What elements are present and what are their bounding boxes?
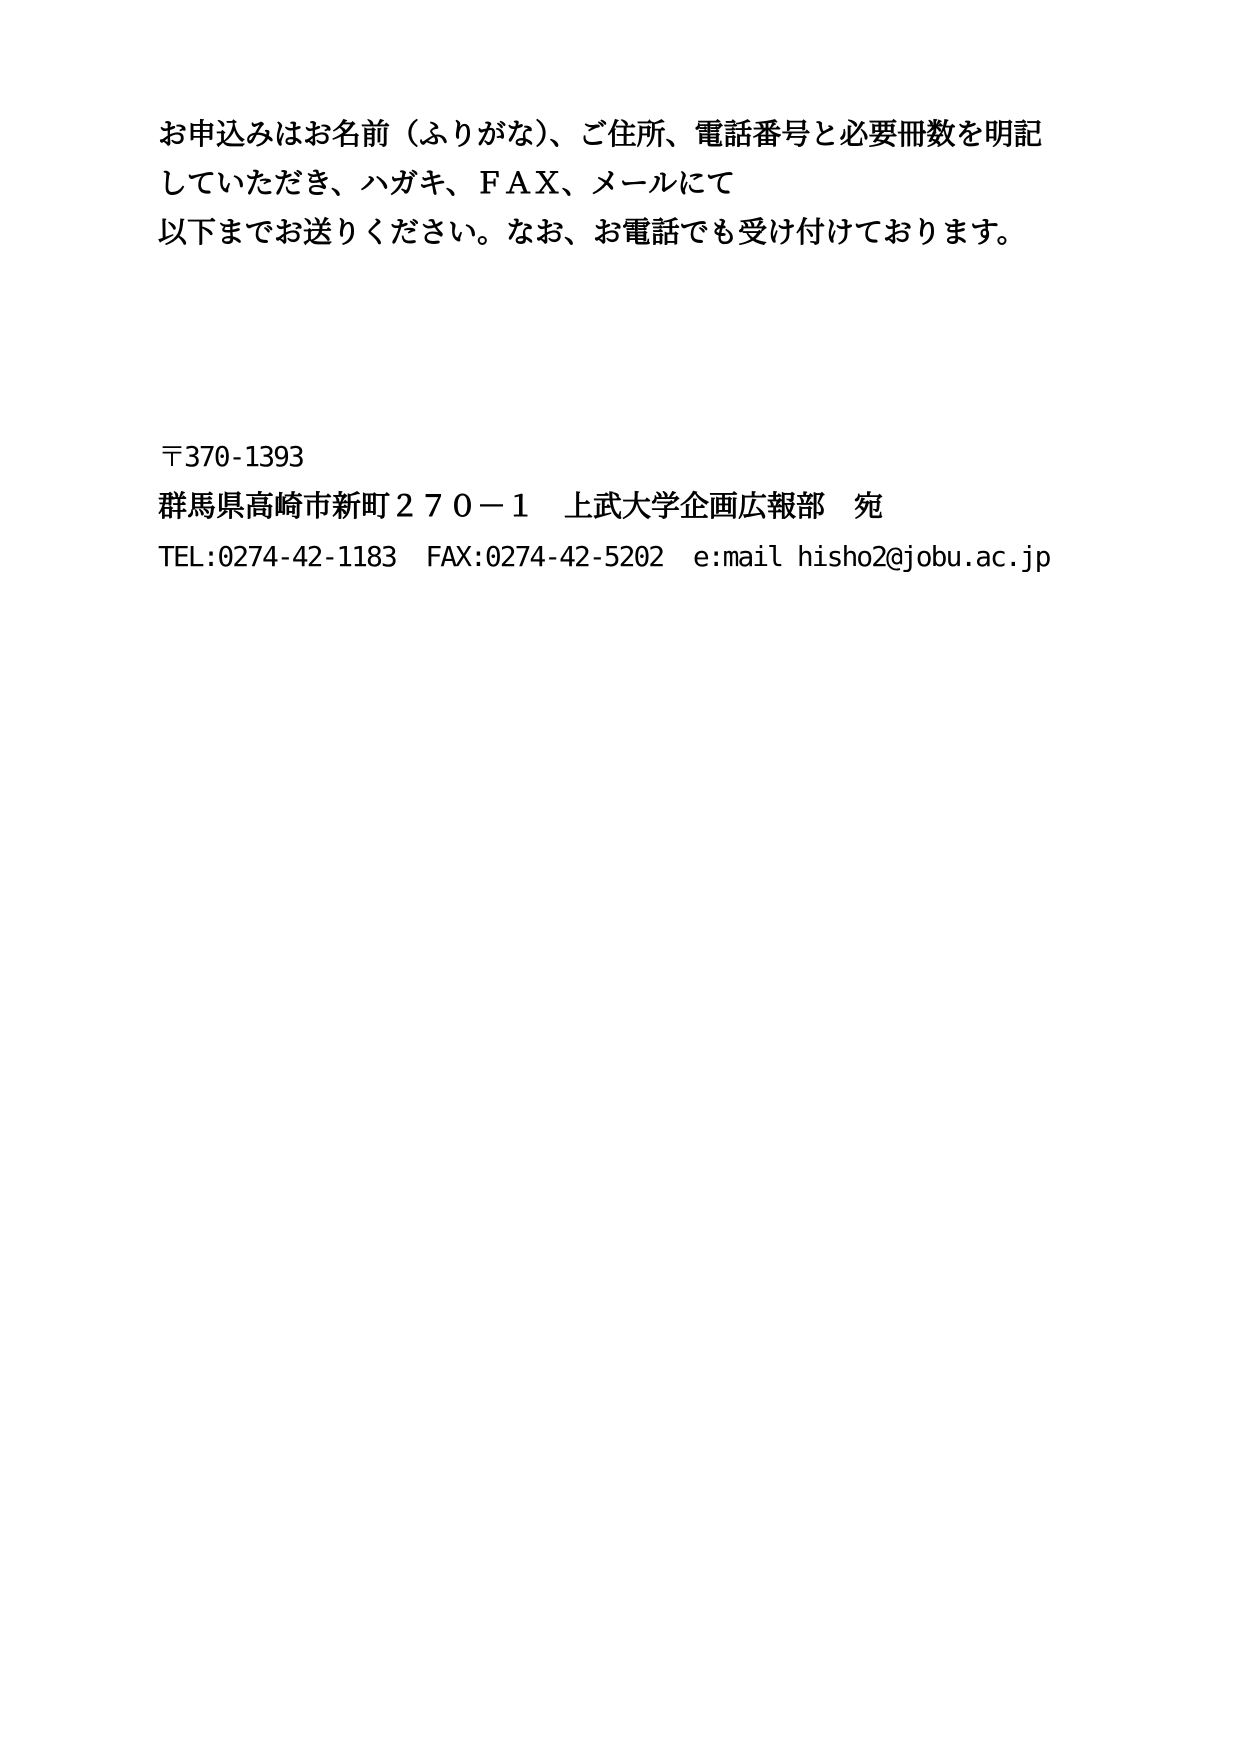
intro-line-1: お申込みはお名前（ふりがな）、ご住所、電話番号と必要冊数を明記 <box>158 111 1118 160</box>
document-page: お申込みはお名前（ふりがな）、ご住所、電話番号と必要冊数を明記 していただき、ハ… <box>0 0 1241 1754</box>
intro-line-2: していただき、ハガキ、ＦＡＸ、メールにて <box>158 160 1118 209</box>
intro-line-3: 以下までお送りください。なお、お電話でも受け付けております。 <box>158 209 1118 258</box>
tel-fax-email-line: TEL:0274-42-1183 FAX:0274-42-5202 e:mail… <box>158 532 1118 582</box>
postal-code-line: 〒370-1393 <box>158 432 1118 482</box>
contact-block: 〒370-1393 群馬県高崎市新町２７０－１ 上武大学企画広報部 宛 TEL:… <box>158 432 1118 582</box>
intro-paragraph: お申込みはお名前（ふりがな）、ご住所、電話番号と必要冊数を明記 していただき、ハ… <box>158 111 1118 258</box>
address-line: 群馬県高崎市新町２７０－１ 上武大学企画広報部 宛 <box>158 482 1118 532</box>
